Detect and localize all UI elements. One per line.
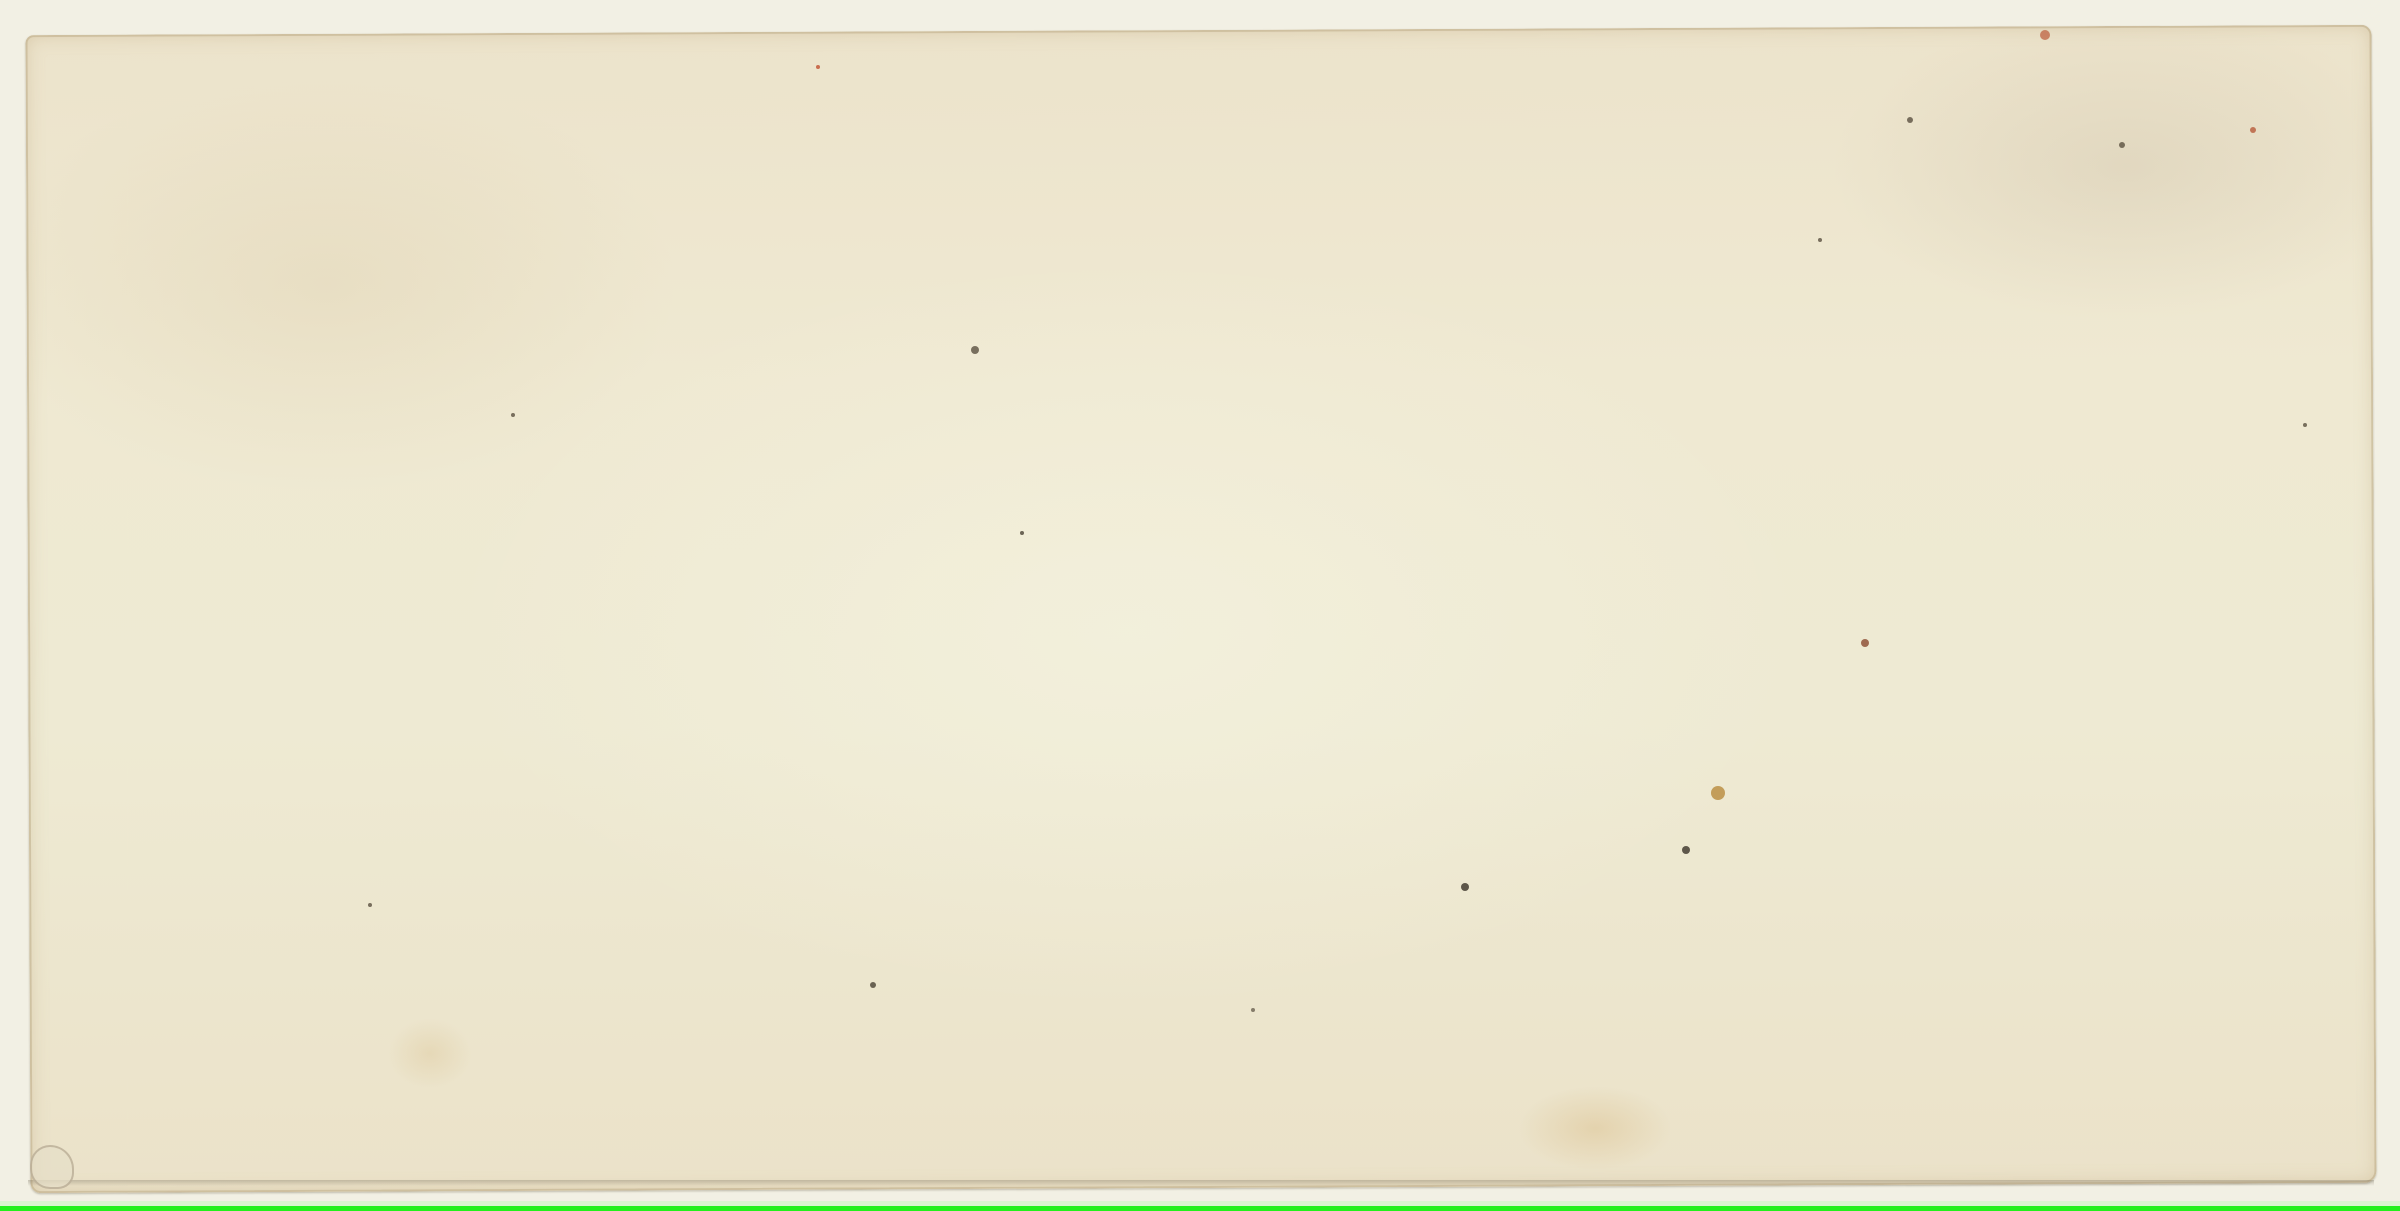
foxing-spot [870,982,876,988]
foxing-spot [2119,142,2125,148]
foxing-spot [1818,238,1822,242]
bottom-color-strip-bright [0,1206,2400,1211]
foxing-spot [2303,423,2307,427]
foxing-spot [816,65,820,69]
foxing-spot [2250,127,2256,133]
foxing-spot [511,413,515,417]
foxing-spot [1251,1008,1255,1012]
card-corner-damage [30,1145,74,1189]
card-edge-shadow [28,1180,2374,1186]
foxing-spot [971,346,979,354]
foxing-spot [2040,30,2050,40]
foxing-spot [1711,786,1725,800]
photo-backdrop [0,0,2400,1211]
foxing-spot [1861,639,1869,647]
foxing-spot [368,903,372,907]
foxing-spot [1682,846,1690,854]
blank-card-back [25,25,2376,1193]
foxing-spot [1907,117,1913,123]
foxing-spot [1020,531,1024,535]
foxing-spot [1461,883,1469,891]
